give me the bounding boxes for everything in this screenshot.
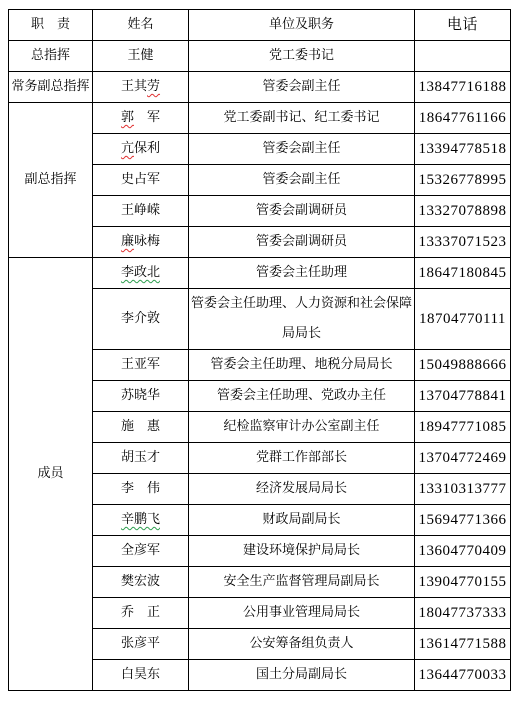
name-text-underlined: 辛鹏飞 (121, 512, 160, 527)
table-row: 常务副总指挥王其劳 管委会副主任 13847716188 (9, 72, 511, 103)
name-cell: 李 伟 (93, 474, 189, 505)
title-cell: 管委会副调研员 (189, 196, 415, 227)
phone-cell: 15049888666 (415, 350, 511, 381)
name-text: 乔 正 (121, 605, 160, 620)
name-text-underlined: 廉 (121, 234, 134, 249)
phone-cell: 18704770111 (415, 289, 511, 350)
name-cell: 王其劳 (93, 72, 189, 103)
name-text: 咏梅 (134, 234, 160, 249)
name-cell: 王峥嵘 (93, 196, 189, 227)
name-text-underlined: 亢 (121, 141, 134, 156)
header-phone: 电话 (415, 10, 511, 41)
name-cell: 李政北 (93, 258, 189, 289)
name-cell: 施 惠 (93, 412, 189, 443)
title-cell: 管委会副调研员 (189, 227, 415, 258)
title-cell: 公安筹备组负责人 (189, 629, 415, 660)
name-cell: 张彦平 (93, 629, 189, 660)
phone-cell: 18947771085 (415, 412, 511, 443)
duty-cell: 总指挥 (9, 41, 93, 72)
name-cell: 全彦军 (93, 536, 189, 567)
title-cell: 建设环境保护局局长 (189, 536, 415, 567)
title-cell: 管委会主任助理 (189, 258, 415, 289)
phone-cell: 18647761166 (415, 103, 511, 134)
phone-cell: 13704772469 (415, 443, 511, 474)
header-name: 姓名 (93, 10, 189, 41)
title-cell: 党工委书记 (189, 41, 415, 72)
table-header-row: 职 责 姓名 单位及职务 电话 (9, 10, 511, 41)
phone-cell: 13904770155 (415, 567, 511, 598)
table-row: 成员李政北 管委会主任助理 18647180845 (9, 258, 511, 289)
title-cell: 纪检监察审计办公室副主任 (189, 412, 415, 443)
name-cell: 辛鹏飞 (93, 505, 189, 536)
name-cell: 廉咏梅 (93, 227, 189, 258)
name-text-underlined: 郭 (121, 110, 134, 125)
name-cell: 乔 正 (93, 598, 189, 629)
name-cell: 白昊东 (93, 660, 189, 691)
title-cell: 财政局副局长 (189, 505, 415, 536)
phone-cell: 15694771366 (415, 505, 511, 536)
name-text: 胡玉才 (121, 450, 160, 465)
title-cell: 国土分局副局长 (189, 660, 415, 691)
title-cell: 管委会副主任 (189, 72, 415, 103)
name-text: 保利 (134, 141, 160, 156)
name-text: 张彦平 (121, 636, 160, 651)
phone-cell: 13847716188 (415, 72, 511, 103)
name-cell: 史占军 (93, 165, 189, 196)
phone-cell: 13614771588 (415, 629, 511, 660)
name-text: 王其 (121, 79, 147, 94)
phone-cell: 13310313777 (415, 474, 511, 505)
title-cell: 管委会主任助理、地税分局局长 (189, 350, 415, 381)
phone-cell: 13604770409 (415, 536, 511, 567)
title-cell: 安全生产监督管理局副局长 (189, 567, 415, 598)
phone-cell: 18047737333 (415, 598, 511, 629)
name-text: 施 惠 (121, 419, 160, 434)
duty-cell: 副总指挥 (9, 103, 93, 258)
name-text: 军 (134, 110, 160, 125)
document-page: 职 责 姓名 单位及职务 电话 总指挥王健 党工委书记 常务副总指挥王其劳 管委… (0, 9, 516, 691)
name-cell: 王亚军 (93, 350, 189, 381)
phone-cell: 13644770033 (415, 660, 511, 691)
title-cell: 管委会主任助理、人力资源和社会保障局局长 (189, 289, 415, 350)
phone-cell: 13327078898 (415, 196, 511, 227)
header-duty: 职 责 (9, 10, 93, 41)
title-cell: 公用事业管理局局长 (189, 598, 415, 629)
phone-cell: 18647180845 (415, 258, 511, 289)
name-text: 王健 (127, 48, 153, 63)
phone-cell (415, 41, 511, 72)
table-row: 职 责 姓名 单位及职务 电话 (9, 10, 511, 41)
name-text: 王峥嵘 (121, 203, 160, 218)
name-cell: 苏晓华 (93, 381, 189, 412)
title-cell: 管委会主任助理、党政办主任 (189, 381, 415, 412)
duty-cell: 成员 (9, 258, 93, 691)
name-text: 樊宏波 (121, 574, 160, 589)
title-cell: 管委会副主任 (189, 165, 415, 196)
title-cell: 经济发展局局长 (189, 474, 415, 505)
name-cell: 郭 军 (93, 103, 189, 134)
name-text: 白昊东 (121, 667, 160, 682)
title-cell: 管委会副主任 (189, 134, 415, 165)
name-text: 苏晓华 (121, 388, 160, 403)
name-text-underlined: 李政北 (121, 265, 160, 280)
table-row: 总指挥王健 党工委书记 (9, 41, 511, 72)
table-body: 总指挥王健 党工委书记 常务副总指挥王其劳 管委会副主任 13847716188… (9, 41, 511, 691)
name-text: 王亚军 (121, 357, 160, 372)
phone-cell: 15326778995 (415, 165, 511, 196)
name-cell: 王健 (93, 41, 189, 72)
phone-cell: 13337071523 (415, 227, 511, 258)
name-cell: 胡玉才 (93, 443, 189, 474)
header-title: 单位及职务 (189, 10, 415, 41)
duty-cell: 常务副总指挥 (9, 72, 93, 103)
name-text: 李介敦 (121, 311, 160, 326)
name-cell: 李介敦 (93, 289, 189, 350)
title-cell: 党工委副书记、纪工委书记 (189, 103, 415, 134)
phone-cell: 13704778841 (415, 381, 511, 412)
name-cell: 亢保利 (93, 134, 189, 165)
name-text: 全彦军 (121, 543, 160, 558)
name-text: 史占军 (121, 172, 160, 187)
title-cell: 党群工作部部长 (189, 443, 415, 474)
name-text-underlined: 劳 (147, 79, 160, 94)
name-cell: 樊宏波 (93, 567, 189, 598)
table-row: 副总指挥郭 军 党工委副书记、纪工委书记 18647761166 (9, 103, 511, 134)
phone-cell: 13394778518 (415, 134, 511, 165)
name-text: 李 伟 (121, 481, 160, 496)
contact-table: 职 责 姓名 单位及职务 电话 总指挥王健 党工委书记 常务副总指挥王其劳 管委… (8, 9, 511, 691)
